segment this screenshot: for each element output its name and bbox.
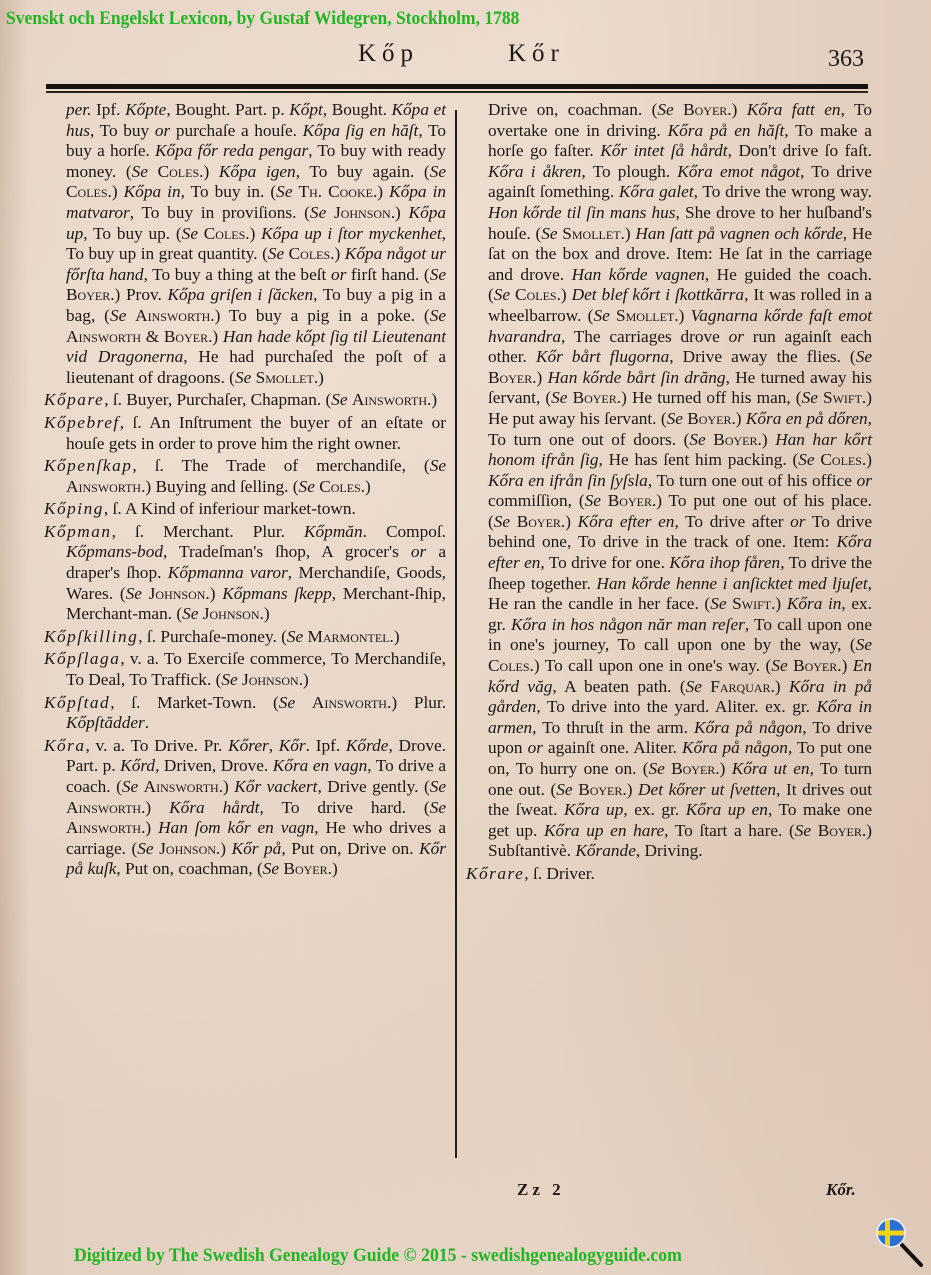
watermark-top: Svenskt och Engelskt Lexicon, by Gustaf … xyxy=(6,8,519,30)
dictionary-entry: Kőpare, ſ. Buyer, Purchaſer, Chapman. (S… xyxy=(44,390,446,411)
entry-body: , ſ. A Kind of inferiour market-town. xyxy=(104,499,356,518)
headword: Kőping xyxy=(44,499,104,518)
entry-body: , ſ. Merchant. Plur. Kőpmăn. Compoſ. Kőp… xyxy=(66,522,446,623)
running-head-left: Kőp xyxy=(358,40,419,68)
dictionary-entry: Kőping, ſ. A Kind of inferiour market-to… xyxy=(44,499,446,520)
entry-continuation: per. Ipf. Kőpte, Bought. Part. p. Kőpt, … xyxy=(44,100,446,388)
dictionary-entry: Kőrare, ſ. Driver. xyxy=(466,864,872,885)
entry-body: , ſ. Buyer, Purchaſer, Chapman. (Se Ains… xyxy=(104,390,437,409)
entry-body: , ſ. Driver. xyxy=(524,864,595,883)
entry-body: , ſ. Purchaſe-money. (Se Marmontel.) xyxy=(138,627,399,646)
headword: Kőpebref xyxy=(44,413,120,432)
dictionary-entry: Kőpſkilling, ſ. Purchaſe-money. (Se Marm… xyxy=(44,627,446,648)
headword: Kőpſlaga xyxy=(44,649,120,668)
headword: Kőrare xyxy=(466,864,524,883)
entry-body: , ſ. Market-Town. (Se Ainsworth.) Plur. … xyxy=(66,693,446,733)
running-head: Kőp Kőr 363 xyxy=(0,40,931,80)
page-number: 363 xyxy=(828,46,864,73)
entry-body: , v. a. To Exerciſe commerce, To Merchan… xyxy=(66,649,446,689)
right-column: Drive on, coachman. (Se Boyer.) Kőra fat… xyxy=(466,100,872,887)
dictionary-entry: Kőpman, ſ. Merchant. Plur. Kőpmăn. Compo… xyxy=(44,522,446,625)
left-column: per. Ipf. Kőpte, Bought. Part. p. Kőpt, … xyxy=(44,100,446,882)
headword: Kőpſtad xyxy=(44,693,110,712)
entry-body: per. Ipf. Kőpte, Bought. Part. p. Kőpt, … xyxy=(66,100,446,387)
running-head-right: Kőr xyxy=(508,40,565,68)
headword: Kőpſkilling xyxy=(44,627,138,646)
entry-body: , v. a. To Drive. Pr. Kőrer, Kőr. Ipf. K… xyxy=(66,736,446,879)
dictionary-entry: Kőra, v. a. To Drive. Pr. Kőrer, Kőr. Ip… xyxy=(44,736,446,880)
entry-continuation: Drive on, coachman. (Se Boyer.) Kőra fat… xyxy=(466,100,872,862)
dictionary-entry: Kőpenſkap, ſ. The Trade of merchandiſe, … xyxy=(44,456,446,497)
header-rule-thin xyxy=(46,91,868,93)
headword: Kőpenſkap xyxy=(44,456,132,475)
signature-mark: Zz 2 xyxy=(517,1180,565,1200)
dictionary-entry: Kőpſlaga, v. a. To Exerciſe commerce, To… xyxy=(44,649,446,690)
column-divider xyxy=(455,110,457,1158)
headword: Kőpman xyxy=(44,522,112,541)
header-rule-thick xyxy=(46,84,868,89)
watermark-bottom: Digitized by The Swedish Genealogy Guide… xyxy=(74,1245,682,1267)
swedish-flag-magnifier-icon xyxy=(875,1217,927,1269)
headword: Kőra xyxy=(44,736,86,755)
headword: Kőpare xyxy=(44,390,104,409)
entry-body: Drive on, coachman. (Se Boyer.) Kőra fat… xyxy=(488,100,872,860)
entry-body: , ſ. An Inſtrument the buyer of an eſtat… xyxy=(66,413,446,453)
dictionary-entry: Kőpſtad, ſ. Market-Town. (Se Ainsworth.)… xyxy=(44,693,446,734)
dictionary-entry: Kőpebref, ſ. An Inſtrument the buyer of … xyxy=(44,413,446,454)
catchword: Kőr. xyxy=(826,1180,856,1200)
